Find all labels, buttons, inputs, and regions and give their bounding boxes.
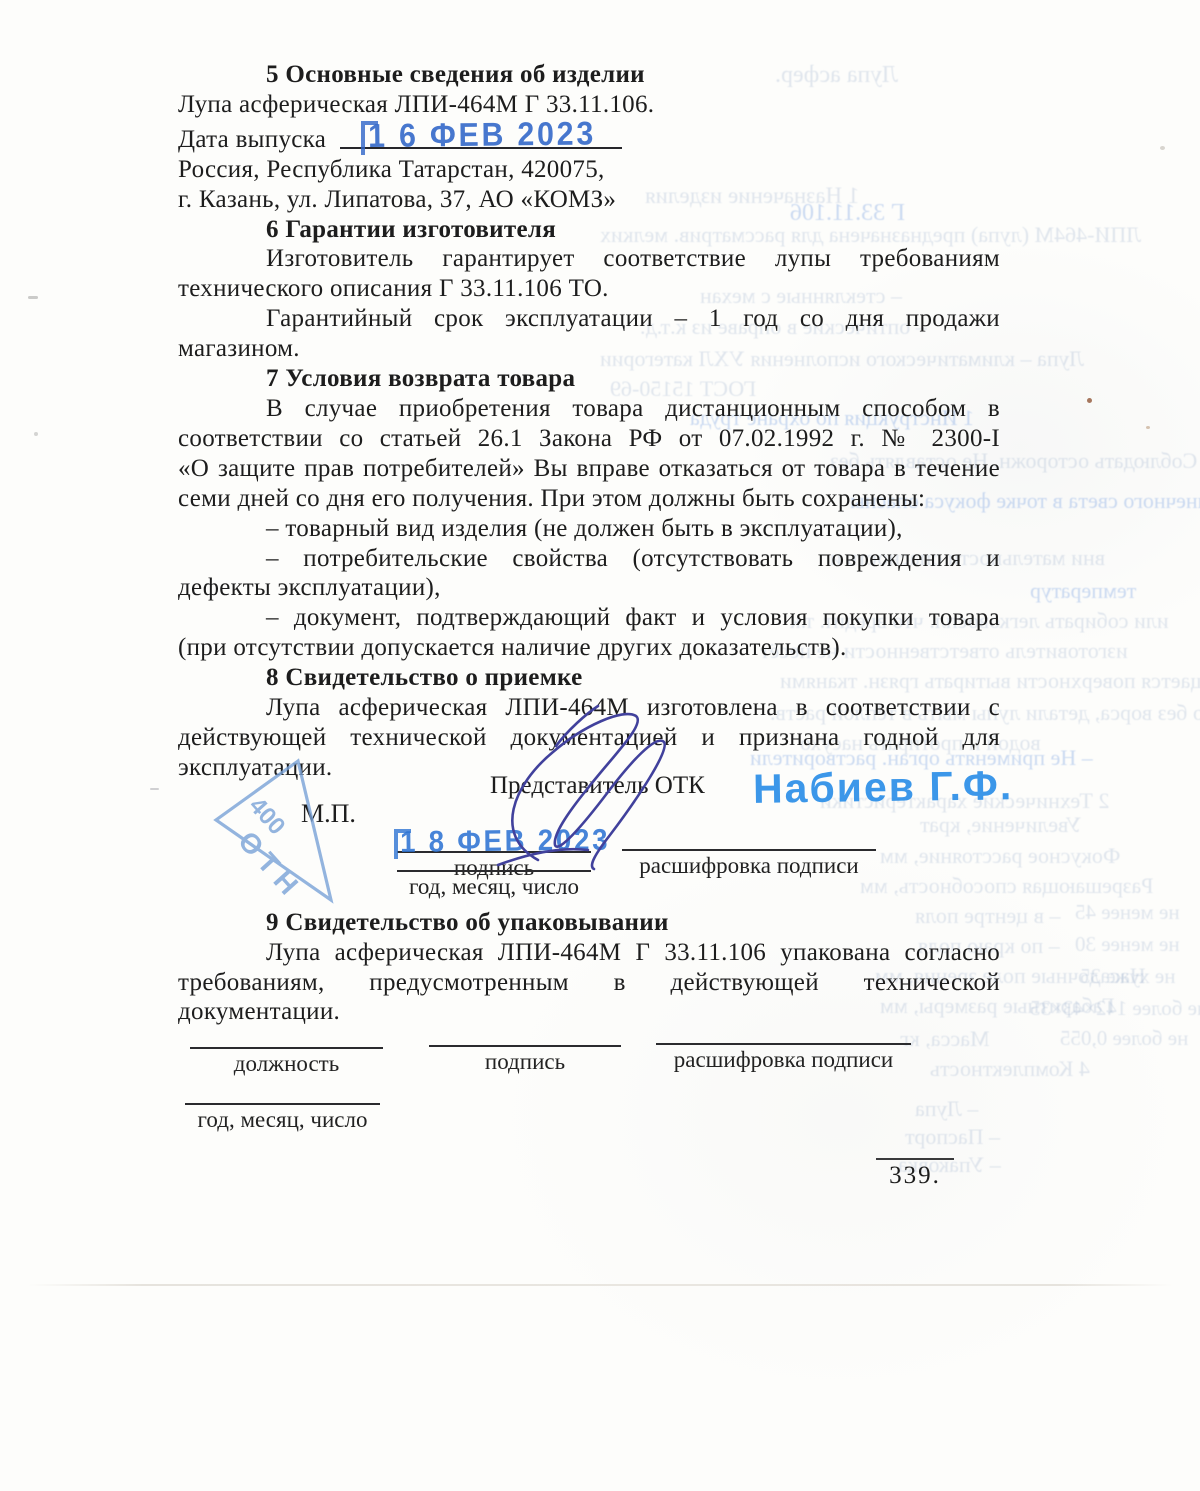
return-policy-line: соответствии со статьей 26.1 Закона РФ о… xyxy=(178,424,1000,454)
signature-decode-line xyxy=(656,1043,911,1045)
bleed-through-text: не менее 45 xyxy=(1075,900,1180,925)
scan-speck xyxy=(28,296,38,299)
return-condition-item: – документ, подтверждающий факт и услови… xyxy=(178,603,1000,633)
return-condition-item: (при отсутствии допускается наличие друг… xyxy=(178,633,1000,663)
date-label: год, месяц, число xyxy=(185,1107,380,1133)
bleed-through-text: 4 Комплектность xyxy=(930,1056,1090,1082)
scan-speck xyxy=(1087,398,1092,403)
date-line xyxy=(185,1103,380,1105)
bleed-through-text: – Паспорт xyxy=(905,1124,1000,1150)
packing-text-line: документации. xyxy=(178,997,1000,1027)
warranty-text-line: Гарантийный срок эксплуатации – 1 год со… xyxy=(178,304,1000,334)
return-condition-item: – потребительские свойства (отсутствоват… xyxy=(178,544,1000,574)
scanned-document-page: Лупа асфер.Г 33.11.1061 Назначение издел… xyxy=(0,0,1200,1491)
scan-speck xyxy=(150,788,159,790)
scan-speck xyxy=(34,432,38,436)
warranty-text-line: магазином. xyxy=(178,334,1000,364)
scan-speck xyxy=(1160,146,1165,150)
section-9-heading: 9 Свидетельство об упаковывании xyxy=(178,908,1000,938)
bleed-through-text: не хуже 35 xyxy=(1080,964,1176,989)
signature-line xyxy=(429,1045,621,1047)
bleed-through-text: – Лупа xyxy=(915,1096,978,1122)
handwritten-signature xyxy=(438,700,688,875)
otn-triangle-stamp: 400 ОТН xyxy=(210,756,345,906)
bleed-through-text: не менее 30 xyxy=(1075,932,1180,957)
manufacturer-country-line: Россия, Республика Татарстан, 420075, xyxy=(178,155,1000,185)
date-label: год, месяц, число xyxy=(382,874,606,900)
return-condition-item: – товарный вид изделия (не должен быть в… xyxy=(178,514,1000,544)
bleed-through-text: Масса, кг xyxy=(900,1026,990,1052)
page-number: 339. xyxy=(876,1158,954,1190)
warranty-text-line: Изготовитель гарантирует соответствие лу… xyxy=(178,244,1000,274)
section-5-heading: 5 Основные сведения об изделии xyxy=(178,60,1000,90)
warranty-text-line: технического описания Г 33.11.106 ТО. xyxy=(178,274,1000,304)
return-policy-line: семи дней со дня его получения. При этом… xyxy=(178,484,1000,514)
bleed-through-text: не более 0,055 xyxy=(1060,1026,1188,1051)
release-date-label: Дата выпуска xyxy=(178,126,326,153)
scan-fold-line xyxy=(28,1284,1173,1286)
scan-speck xyxy=(1146,426,1150,429)
position-line xyxy=(190,1047,383,1049)
packing-text-line: требованиям, предусмотренным в действующ… xyxy=(178,968,1000,998)
position-label: должность xyxy=(190,1051,383,1077)
return-policy-line: «О защите прав потребителей» Вы вправе о… xyxy=(178,454,1000,484)
podpis-label: подпись xyxy=(429,1049,621,1075)
section-8-heading: 8 Свидетельство о приемке xyxy=(178,663,1000,693)
section-7-heading: 7 Условия возврата товара xyxy=(178,364,1000,394)
release-date-stamp: 1 6 ФЕВ 2023 xyxy=(368,114,596,155)
manufacturer-address-line: г. Казань, ул. Липатова, 37, АО «КОМЗ» xyxy=(178,185,1000,215)
signature-decode-label: расшифровка подписи xyxy=(656,1047,911,1073)
section-6-heading: 6 Гарантии изготовителя xyxy=(178,215,1000,245)
inspector-name-stamp: Набиев Г.Ф. xyxy=(753,762,1014,813)
packing-text-line: Лупа асферическая ЛПИ-464М Г 33.11.106 у… xyxy=(178,938,1000,968)
bleed-through-text: температур xyxy=(1030,578,1136,604)
return-policy-line: В случае приобретения товара дистанционн… xyxy=(178,394,1000,424)
return-condition-item: дефекты эксплуатации), xyxy=(178,573,1000,603)
bleed-through-text: не более 142×43×35 xyxy=(1030,996,1200,1021)
